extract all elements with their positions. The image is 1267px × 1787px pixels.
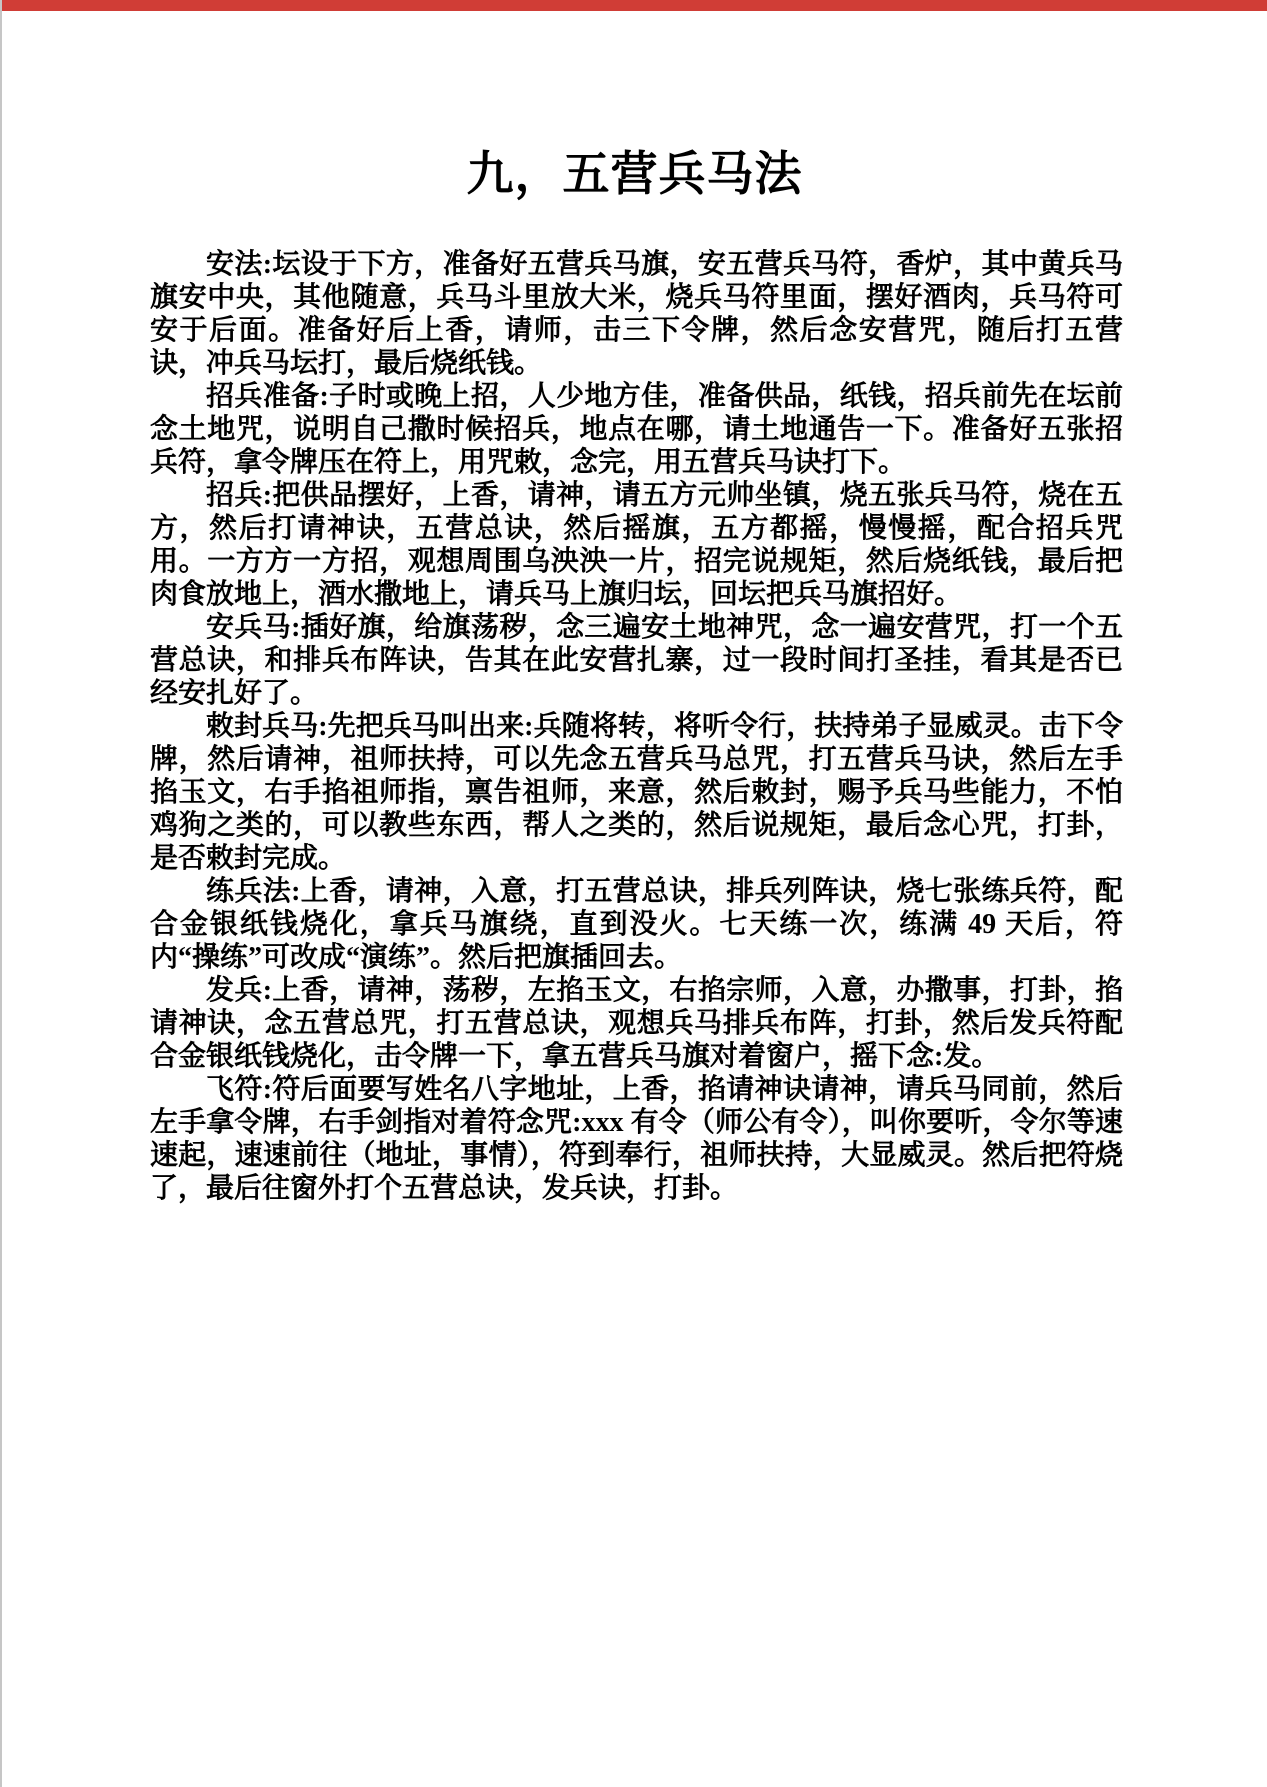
paragraph-lianbingfa: 练兵法:上香，请神，入意，打五营总诀，排兵列阵诀，烧七张练兵符，配合金银纸钱烧化… bbox=[150, 875, 1123, 974]
paragraph-fabing: 发兵:上香，请神，荡秽，左掐玉文，右掐宗师，入意，办撒事，打卦，掐请神诀，念五营… bbox=[150, 974, 1123, 1073]
document-body: 安法:坛设于下方，准备好五营兵马旗，安五营兵马符，香炉，其中黄兵马旗安中央，其他… bbox=[150, 248, 1123, 1205]
paragraph-zhaobing-zhunbei: 招兵准备:子时或晚上招，人少地方佳，准备供品，纸钱，招兵前先在坛前念土地咒，说明… bbox=[150, 380, 1123, 479]
document-page: 九，五营兵马法 安法:坛设于下方，准备好五营兵马旗，安五营兵马符，香炉，其中黄兵… bbox=[2, 0, 1267, 1787]
paragraph-anfa: 安法:坛设于下方，准备好五营兵马旗，安五营兵马符，香炉，其中黄兵马旗安中央，其他… bbox=[150, 248, 1123, 380]
paragraph-feifu: 飞符:符后面要写姓名八字地址，上香，掐请神诀请神，请兵马同前，然后左手拿令牌，右… bbox=[150, 1073, 1123, 1205]
page-title: 九，五营兵马法 bbox=[2, 148, 1267, 202]
paragraph-chifeng-bingma: 敕封兵马:先把兵马叫出来:兵随将转，将听令行，扶持弟子显威灵。击下令牌，然后请神… bbox=[150, 710, 1123, 875]
paragraph-an-bingma: 安兵马:插好旗，给旗荡秽，念三遍安土地神咒，念一遍安营咒，打一个五营总诀，和排兵… bbox=[150, 611, 1123, 710]
paragraph-zhaobing: 招兵:把供品摆好，上香，请神，请五方元帅坐镇，烧五张兵马符，烧在五方，然后打请神… bbox=[150, 479, 1123, 611]
document-screen: { "document": { "title": "九，五营兵马法", "par… bbox=[0, 0, 1267, 1787]
